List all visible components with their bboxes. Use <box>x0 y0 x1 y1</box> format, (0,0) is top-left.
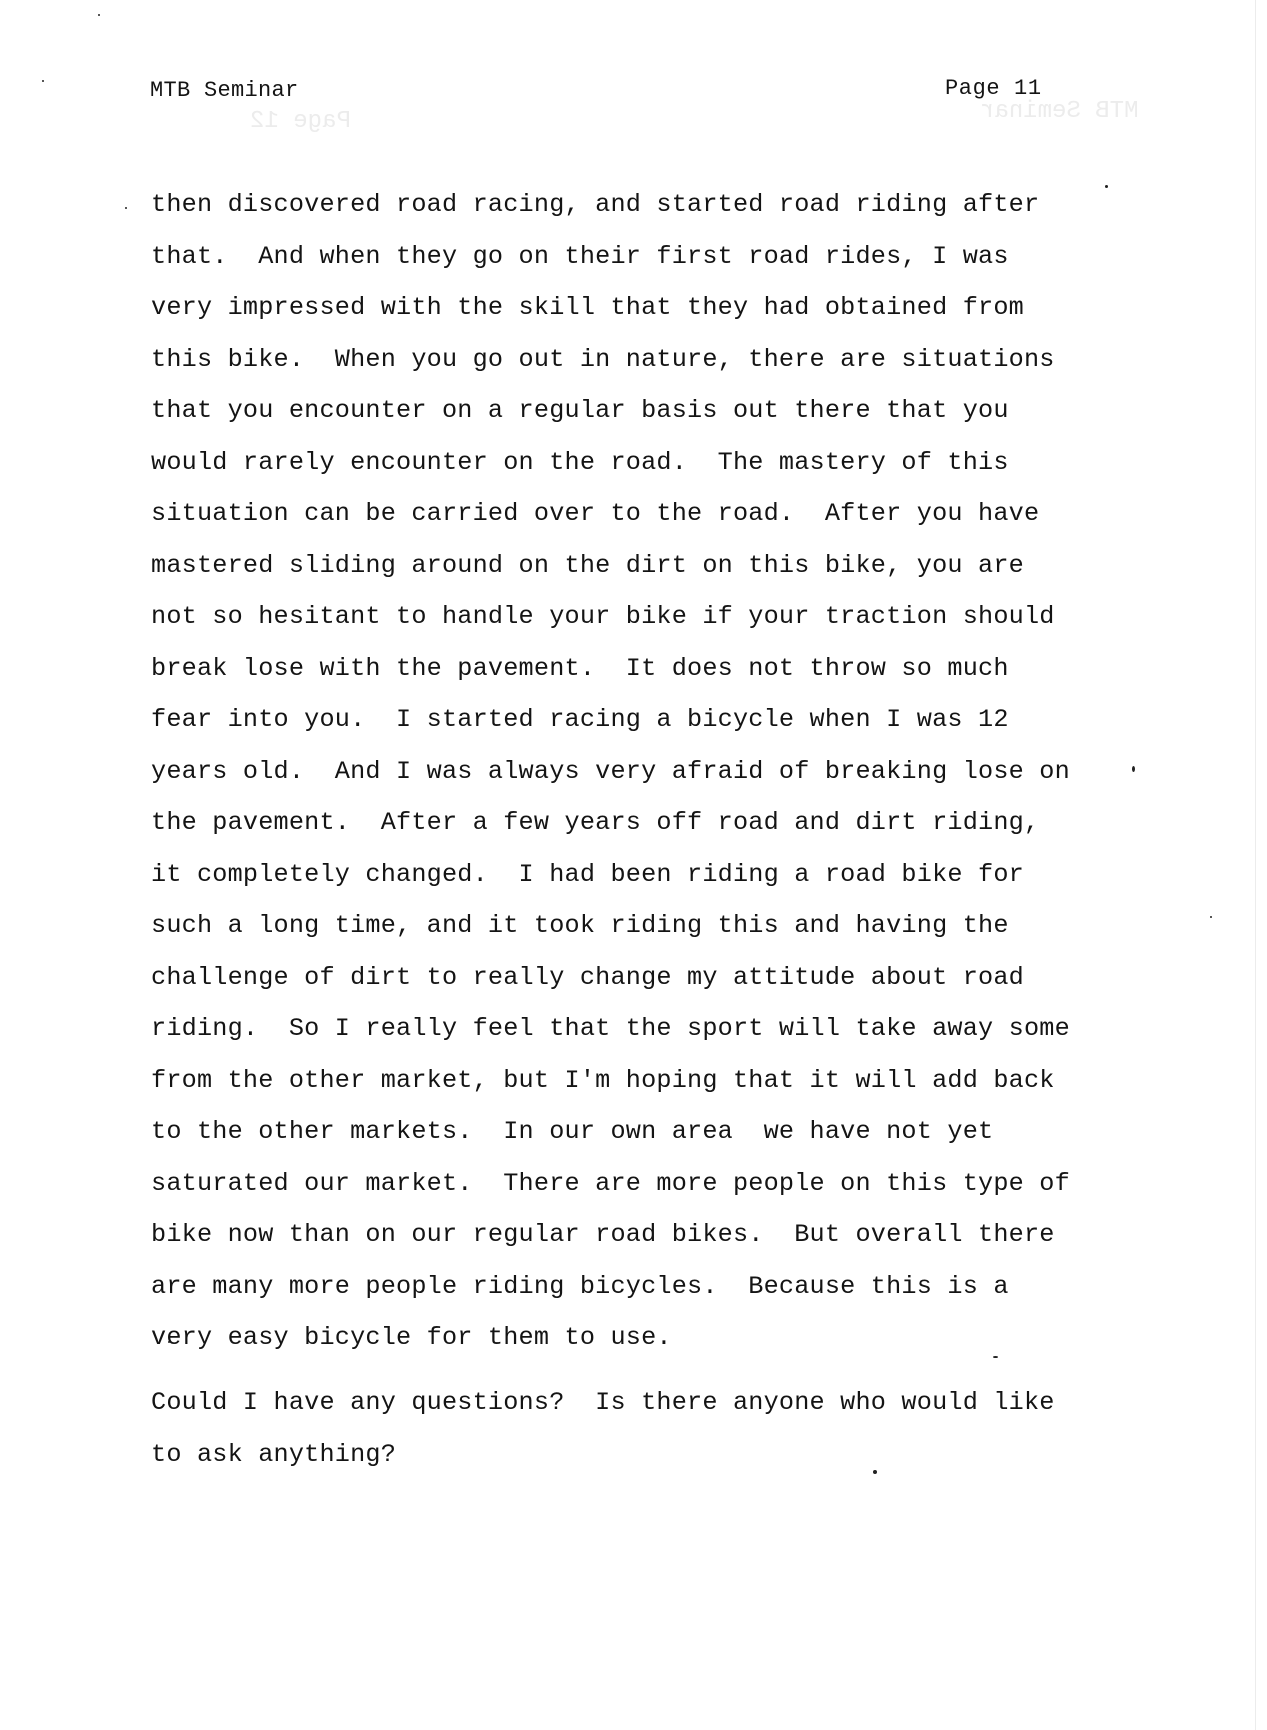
text-line: it completely changed. I had been riding… <box>151 849 1251 901</box>
text-line: that you encounter on a regular basis ou… <box>151 385 1251 437</box>
running-header-title: MTB Seminar <box>150 78 299 103</box>
text-line: to the other markets. In our own area we… <box>151 1106 1251 1158</box>
scan-speck <box>1105 185 1108 188</box>
bleed-through-text: Page 12 <box>250 108 351 135</box>
scan-speck <box>168 1341 170 1343</box>
text-line: very easy bicycle for them to use. <box>151 1312 1251 1364</box>
scan-speck <box>125 207 127 209</box>
text-line: from the other market, but I'm hoping th… <box>151 1055 1251 1107</box>
text-line: riding. So I really feel that the sport … <box>151 1003 1251 1055</box>
text-line: break lose with the pavement. It does no… <box>151 643 1251 695</box>
body-paragraph: then discovered road racing, and started… <box>151 179 1251 1364</box>
text-line: the pavement. After a few years off road… <box>151 797 1251 849</box>
text-line: bike now than on our regular road bikes.… <box>151 1209 1251 1261</box>
closing-paragraph: Could I have any questions? Is there any… <box>151 1377 1251 1480</box>
page-number: Page 11 <box>945 76 1042 101</box>
text-line: saturated our market. There are more peo… <box>151 1158 1251 1210</box>
document-page: MTB Seminar Page 12 MTB Seminar Page 11 … <box>0 0 1267 1730</box>
text-line: to ask anything? <box>151 1429 1251 1481</box>
text-line: this bike. When you go out in nature, th… <box>151 334 1251 386</box>
scan-speck <box>993 1356 998 1358</box>
text-line: very impressed with the skill that they … <box>151 282 1251 334</box>
bleed-through-text: MTB Seminar <box>980 98 1138 125</box>
page-edge <box>1255 0 1256 1730</box>
text-line: then discovered road racing, and started… <box>151 179 1251 231</box>
text-line: challenge of dirt to really change my at… <box>151 952 1251 1004</box>
scan-speck <box>1210 916 1212 918</box>
text-line: years old. And I was always very afraid … <box>151 746 1251 798</box>
text-line: not so hesitant to handle your bike if y… <box>151 591 1251 643</box>
text-line: such a long time, and it took riding thi… <box>151 900 1251 952</box>
text-line: fear into you. I started racing a bicycl… <box>151 694 1251 746</box>
text-line: are many more people riding bicycles. Be… <box>151 1261 1251 1313</box>
text-line: that. And when they go on their first ro… <box>151 231 1251 283</box>
text-line: would rarely encounter on the road. The … <box>151 437 1251 489</box>
scan-speck <box>42 80 44 82</box>
scan-speck <box>873 1470 877 1474</box>
scan-speck <box>98 14 100 16</box>
text-line: Could I have any questions? Is there any… <box>151 1377 1251 1429</box>
text-line: situation can be carried over to the roa… <box>151 488 1251 540</box>
text-line: mastered sliding around on the dirt on t… <box>151 540 1251 592</box>
scan-speck <box>1132 766 1135 772</box>
